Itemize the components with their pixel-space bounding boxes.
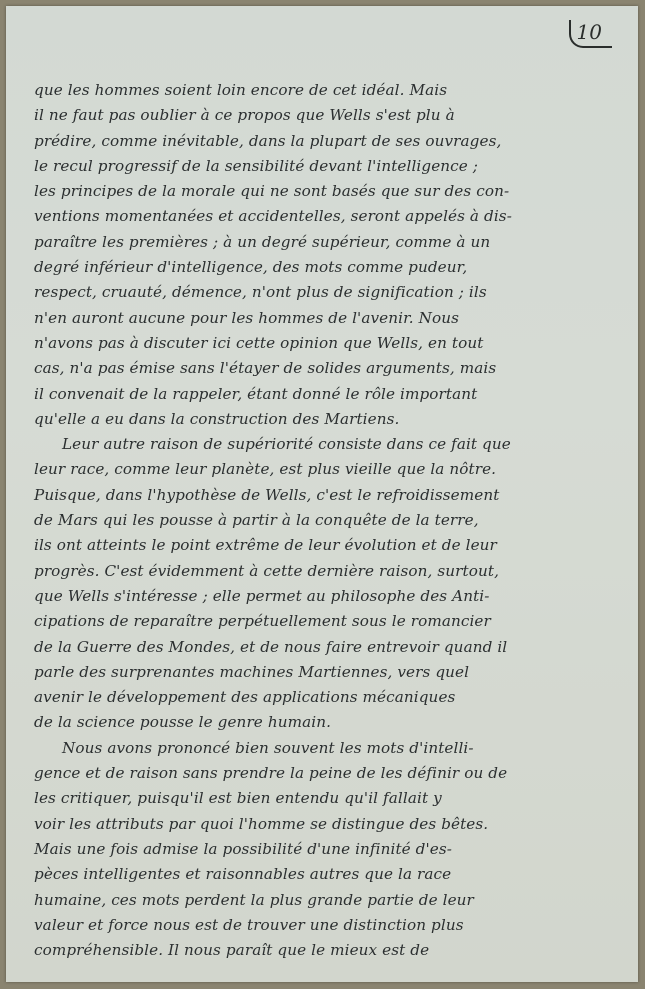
paragraph-start-line: Leur autre raison de supériorité consist… [34,432,624,457]
text-line: que Wells s'intéresse ; elle permet au p… [34,584,624,609]
text-line: ventions momentanées et accidentelles, s… [34,204,624,229]
text-line: leur race, comme leur planète, est plus … [34,457,624,482]
page-number: 10 [569,20,612,48]
text-line: que les hommes soient loin encore de cet… [34,78,624,103]
text-line: gence et de raison sans prendre la peine… [34,761,624,786]
text-line: cas, n'a pas émise sans l'étayer de soli… [34,356,624,381]
text-line: il ne faut pas oublier à ce propos que W… [34,103,624,128]
text-line: qu'elle a eu dans la construction des Ma… [34,407,624,432]
text-line: le recul progressif de la sensibilité de… [34,154,624,179]
text-line: prédire, comme inévitable, dans la plupa… [34,129,624,154]
text-line: humaine, ces mots perdent la plus grande… [34,888,624,913]
text-line: il convenait de la rappeler, étant donné… [34,382,624,407]
text-line: de la science pousse le genre humain. [34,710,624,735]
text-line: n'avons pas à discuter ici cette opinion… [34,331,624,356]
text-line: pèces intelligentes et raisonnables autr… [34,862,624,887]
text-line: ils ont atteints le point extrême de leu… [34,533,624,558]
manuscript-page: 10 que les hommes soient loin encore de … [6,6,638,982]
text-line: valeur et force nous est de trouver une … [34,913,624,938]
text-line: les critiquer, puisqu'il est bien entend… [34,786,624,811]
text-line: Puisque, dans l'hypothèse de Wells, c'es… [34,483,624,508]
text-line: n'en auront aucune pour les hommes de l'… [34,306,624,331]
text-line: voir les attributs par quoi l'homme se d… [34,812,624,837]
text-line: de la Guerre des Mondes, et de nous fair… [34,635,624,660]
text-line: compréhensible. Il nous paraît que le mi… [34,938,624,963]
paragraph-start-line: Nous avons prononcé bien souvent les mot… [34,736,624,761]
text-line: progrès. C'est évidemment à cette derniè… [34,559,624,584]
text-line: les principes de la morale qui ne sont b… [34,179,624,204]
text-line: paraître les premières ; à un degré supé… [34,230,624,255]
text-line: Mais une fois admise la possibilité d'un… [34,837,624,862]
handwritten-text-body: que les hommes soient loin encore de cet… [34,78,624,963]
text-line: respect, cruauté, démence, n'ont plus de… [34,280,624,305]
text-line: parle des surprenantes machines Martienn… [34,660,624,685]
text-line: cipations de reparaître perpétuellement … [34,609,624,634]
text-line: de Mars qui les pousse à partir à la con… [34,508,624,533]
text-line: avenir le développement des applications… [34,685,624,710]
text-line: degré inférieur d'intelligence, des mots… [34,255,624,280]
